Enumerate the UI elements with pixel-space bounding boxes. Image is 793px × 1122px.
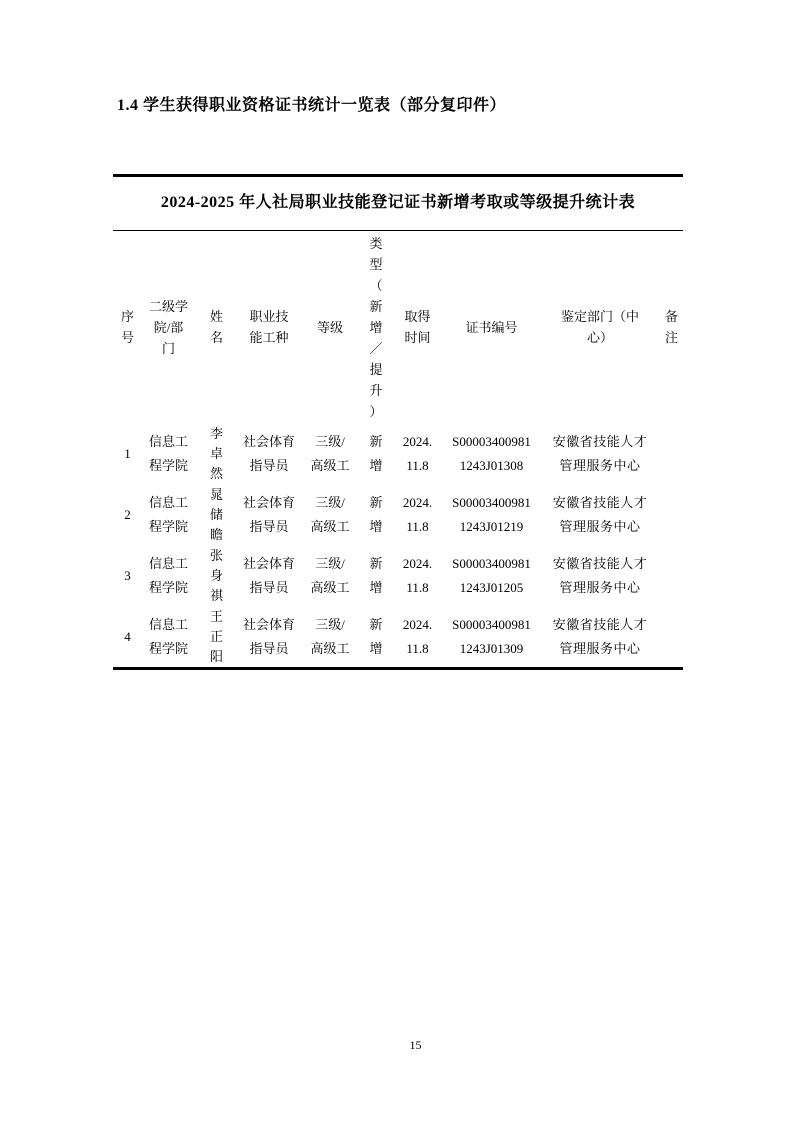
cell-seq: 3 [113,545,142,606]
cell-cert-no: S00003400981 1243J01219 [443,484,540,545]
cell-authority: 安徽省技能人才 管理服务中心 [540,545,660,606]
cell-date: 2024. 11.8 [392,545,443,606]
col-header-level: 等级 [300,231,360,423]
col-header-seq: 序 号 [113,231,142,423]
cell-trade: 社会体育 指导员 [238,545,300,606]
cell-remark [660,423,683,484]
col-header-cert-no: 证书编号 [443,231,540,423]
cell-trade: 社会体育 指导员 [238,423,300,484]
page-number: 15 [113,1038,718,1053]
cell-seq: 4 [113,606,142,667]
col-header-type: 类 型 （ 新 增 ／ 提 升 ） [360,231,392,423]
cell-trade: 社会体育 指导员 [238,606,300,667]
cell-trade: 社会体育 指导员 [238,484,300,545]
cell-authority: 安徽省技能人才 管理服务中心 [540,606,660,667]
cell-dept: 信息工 程学院 [142,545,195,606]
col-header-date: 取得 时间 [392,231,443,423]
cell-level: 三级/ 高级工 [300,606,360,667]
cell-dept: 信息工 程学院 [142,606,195,667]
table-row: 2 信息工 程学院 晁 储 瞻 社会体育 指导员 三级/ 高级工 新 增 202… [113,484,683,545]
cell-remark [660,545,683,606]
cell-name: 李 卓 然 [195,423,238,484]
table-header-row: 序 号 二级学 院/部 门 姓 名 职业技 能工种 等级 类 型 （ 新 增 ／… [113,231,683,423]
section-heading: 1.4 学生获得职业资格证书统计一览表（部分复印件） [117,92,506,115]
cell-remark [660,606,683,667]
cell-type: 新 增 [360,545,392,606]
cell-date: 2024. 11.8 [392,484,443,545]
cell-name: 王 正 阳 [195,606,238,667]
cell-remark [660,484,683,545]
cell-cert-no: S00003400981 1243J01308 [443,423,540,484]
cell-authority: 安徽省技能人才 管理服务中心 [540,484,660,545]
table-row: 4 信息工 程学院 王 正 阳 社会体育 指导员 三级/ 高级工 新 增 202… [113,606,683,667]
cell-date: 2024. 11.8 [392,606,443,667]
certificate-table: 序 号 二级学 院/部 门 姓 名 职业技 能工种 等级 类 型 （ 新 增 ／… [113,231,683,667]
cell-dept: 信息工 程学院 [142,423,195,484]
cell-seq: 1 [113,423,142,484]
cell-authority: 安徽省技能人才 管理服务中心 [540,423,660,484]
table-row: 1 信息工 程学院 李 卓 然 社会体育 指导员 三级/ 高级工 新 增 202… [113,423,683,484]
cell-type: 新 增 [360,484,392,545]
cell-type: 新 增 [360,423,392,484]
cell-cert-no: S00003400981 1243J01205 [443,545,540,606]
table-row: 3 信息工 程学院 张 身 祺 社会体育 指导员 三级/ 高级工 新 增 202… [113,545,683,606]
cell-date: 2024. 11.8 [392,423,443,484]
cell-name: 张 身 祺 [195,545,238,606]
col-header-authority: 鉴定部门（中 心） [540,231,660,423]
cell-level: 三级/ 高级工 [300,545,360,606]
cell-name: 晁 储 瞻 [195,484,238,545]
cell-cert-no: S00003400981 1243J01309 [443,606,540,667]
cell-level: 三级/ 高级工 [300,423,360,484]
cell-level: 三级/ 高级工 [300,484,360,545]
table-title: 2024-2025 年人社局职业技能登记证书新增考取或等级提升统计表 [113,177,683,231]
col-header-name: 姓 名 [195,231,238,423]
col-header-remark: 备 注 [660,231,683,423]
col-header-trade: 职业技 能工种 [238,231,300,423]
document-page: 1.4 学生获得职业资格证书统计一览表（部分复印件） 2024-2025 年人社… [0,0,793,1122]
cell-type: 新 增 [360,606,392,667]
cell-dept: 信息工 程学院 [142,484,195,545]
col-header-dept: 二级学 院/部 门 [142,231,195,423]
certificate-table-block: 2024-2025 年人社局职业技能登记证书新增考取或等级提升统计表 序 号 二… [113,174,683,670]
cell-seq: 2 [113,484,142,545]
